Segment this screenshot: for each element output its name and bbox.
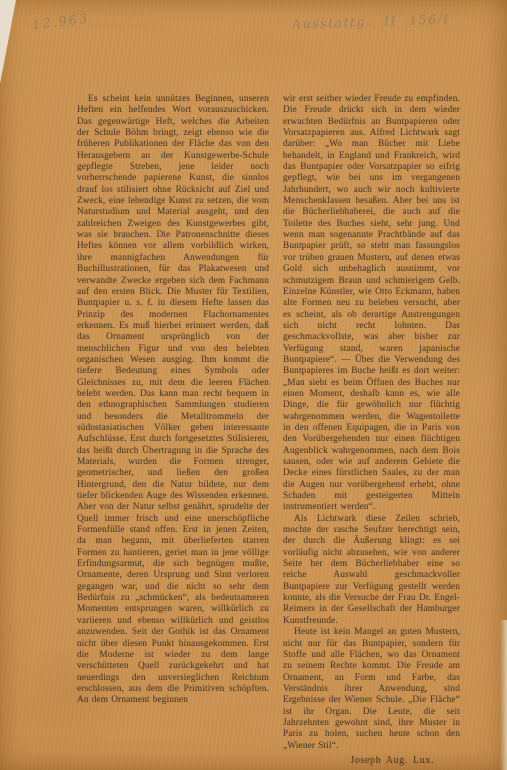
- foreword-paragraph: Es scheint kein unnützes Beginnen, unser…: [77, 94, 269, 707]
- foreword-paragraph: Als Lichtwark diese Zeilen schrieb, moch…: [283, 514, 460, 627]
- handwritten-classification-note: Ausstattg. II 156/I: [292, 11, 450, 31]
- foreword-paragraph: Heute ist kein Mangel an guten Mustern, …: [283, 627, 460, 752]
- scan-backing-corner: [0, 0, 16, 84]
- text-column-left: Es scheint kein unnützes Beginnen, unser…: [77, 94, 269, 707]
- paper-sheet: 12.963 Ausstattg. II 156/I Es scheint ke…: [0, 0, 507, 770]
- author-signature: Joseph Aug. Lux.: [283, 755, 460, 766]
- handwritten-inventory-number: 12.963: [31, 12, 90, 34]
- foreword-paragraph-continuation: wir erst seither wieder Freude zu empfin…: [283, 94, 460, 514]
- worn-paper-edge: [500, 620, 507, 770]
- scanned-page: 12.963 Ausstattg. II 156/I Es scheint ke…: [0, 0, 507, 770]
- text-column-right: wir erst seither wieder Freude zu empfin…: [283, 94, 460, 766]
